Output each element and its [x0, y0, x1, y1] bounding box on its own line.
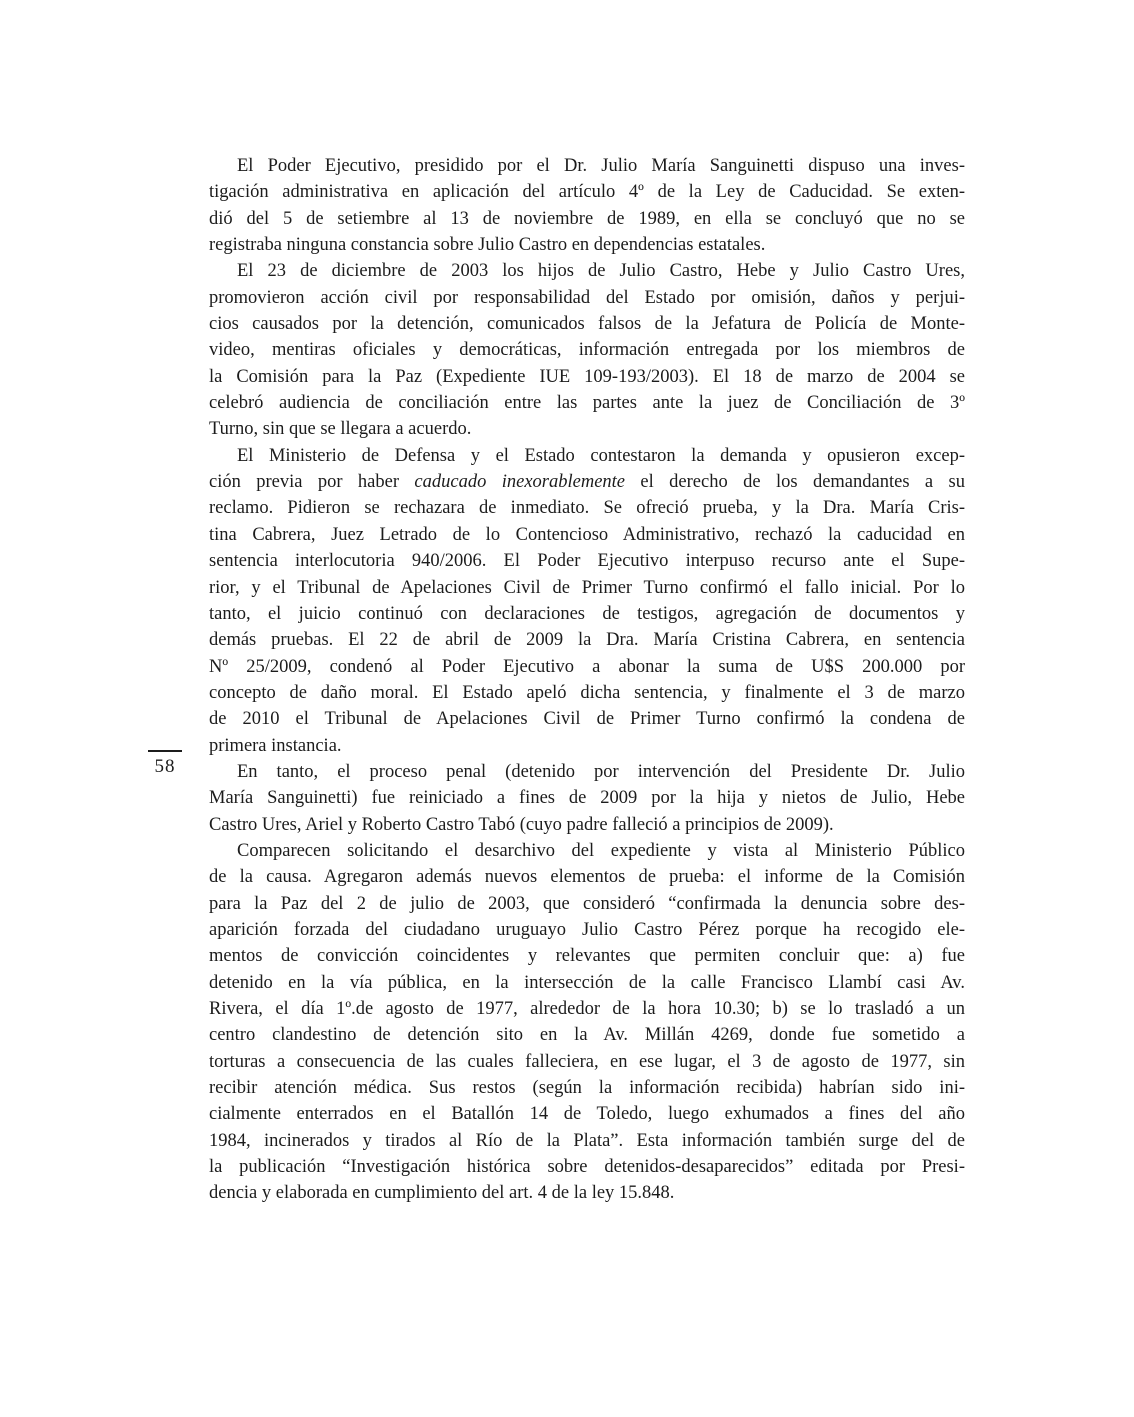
document-page: 58 El Poder Ejecutivo, presidido por el … — [0, 0, 1134, 1417]
text-line: promovieron acción civil por responsabil… — [209, 285, 965, 311]
text-line: de la causa. Agregaron además nuevos ele… — [209, 864, 965, 890]
text-line: mentos de convicción coincidentes y rele… — [209, 943, 965, 969]
text-line: recibir atención médica. Sus restos (seg… — [209, 1075, 965, 1101]
text-segment: el derecho de los demandantes a su — [625, 472, 965, 492]
text-line: tigación administrativa en aplicación de… — [209, 179, 965, 205]
text-line: primera instancia. — [209, 733, 965, 759]
text-segment: ción previa por haber — [209, 472, 414, 492]
text-line: rior, y el Tribunal de Apelaciones Civil… — [209, 575, 965, 601]
text-line: 1984, incinerados y tirados al Río de la… — [209, 1128, 965, 1154]
italic-text-segment: caducado inexorablemente — [414, 472, 625, 492]
page-number-block: 58 — [146, 750, 184, 779]
text-line: cios causados por la detención, comunica… — [209, 311, 965, 337]
text-line: tina Cabrera, Juez Letrado de lo Contenc… — [209, 522, 965, 548]
text-line: cialmente enterrados en el Batallón 14 d… — [209, 1101, 965, 1127]
text-line: la Comisión para la Paz (Expediente IUE … — [209, 364, 965, 390]
text-line: registraba ninguna constancia sobre Juli… — [209, 232, 965, 258]
text-line: El 23 de diciembre de 2003 los hijos de … — [209, 258, 965, 284]
text-line: para la Paz del 2 de julio de 2003, que … — [209, 891, 965, 917]
text-line: reclamo. Pidieron se rechazara de inmedi… — [209, 495, 965, 521]
text-line: Turno, sin que se llegara a acuerdo. — [209, 416, 965, 442]
text-line: demás pruebas. El 22 de abril de 2009 la… — [209, 627, 965, 653]
text-line: Rivera, el día 1º.de agosto de 1977, alr… — [209, 996, 965, 1022]
text-line: dencia y elaborada en cumplimiento del a… — [209, 1180, 965, 1206]
text-line: Castro Ures, Ariel y Roberto Castro Tabó… — [209, 812, 965, 838]
body-text: El Poder Ejecutivo, presidido por el Dr.… — [209, 153, 965, 1207]
text-line: El Ministerio de Defensa y el Estado con… — [209, 443, 965, 469]
text-line: centro clandestino de detención sito en … — [209, 1022, 965, 1048]
text-line: tanto, el juicio continuó con declaracio… — [209, 601, 965, 627]
text-line: detenido en la vía pública, en la inters… — [209, 970, 965, 996]
paragraph: En tanto, el proceso penal (detenido por… — [209, 759, 965, 838]
paragraph: El 23 de diciembre de 2003 los hijos de … — [209, 258, 965, 442]
text-line: video, mentiras oficiales y democráticas… — [209, 337, 965, 363]
paragraph: El Poder Ejecutivo, presidido por el Dr.… — [209, 153, 965, 258]
text-line: sentencia interlocutoria 940/2006. El Po… — [209, 548, 965, 574]
text-line: aparición forzada del ciudadano uruguayo… — [209, 917, 965, 943]
text-line: En tanto, el proceso penal (detenido por… — [209, 759, 965, 785]
text-line: María Sanguinetti) fue reiniciado a fine… — [209, 785, 965, 811]
page-number: 58 — [146, 755, 184, 779]
paragraph: El Ministerio de Defensa y el Estado con… — [209, 443, 965, 759]
paragraph: Comparecen solicitando el desarchivo del… — [209, 838, 965, 1207]
page-number-rule — [148, 750, 182, 752]
text-line: ción previa por haber caducado inexorabl… — [209, 469, 965, 495]
text-line: torturas a consecuencia de las cuales fa… — [209, 1049, 965, 1075]
text-line: la publicación “Investigación histórica … — [209, 1154, 965, 1180]
text-line: dió del 5 de setiembre al 13 de noviembr… — [209, 206, 965, 232]
text-line: celebró audiencia de conciliación entre … — [209, 390, 965, 416]
text-line: concepto de daño moral. El Estado apeló … — [209, 680, 965, 706]
text-line: de 2010 el Tribunal de Apelaciones Civil… — [209, 706, 965, 732]
text-line: Nº 25/2009, condenó al Poder Ejecutivo a… — [209, 654, 965, 680]
text-line: Comparecen solicitando el desarchivo del… — [209, 838, 965, 864]
text-line: El Poder Ejecutivo, presidido por el Dr.… — [209, 153, 965, 179]
